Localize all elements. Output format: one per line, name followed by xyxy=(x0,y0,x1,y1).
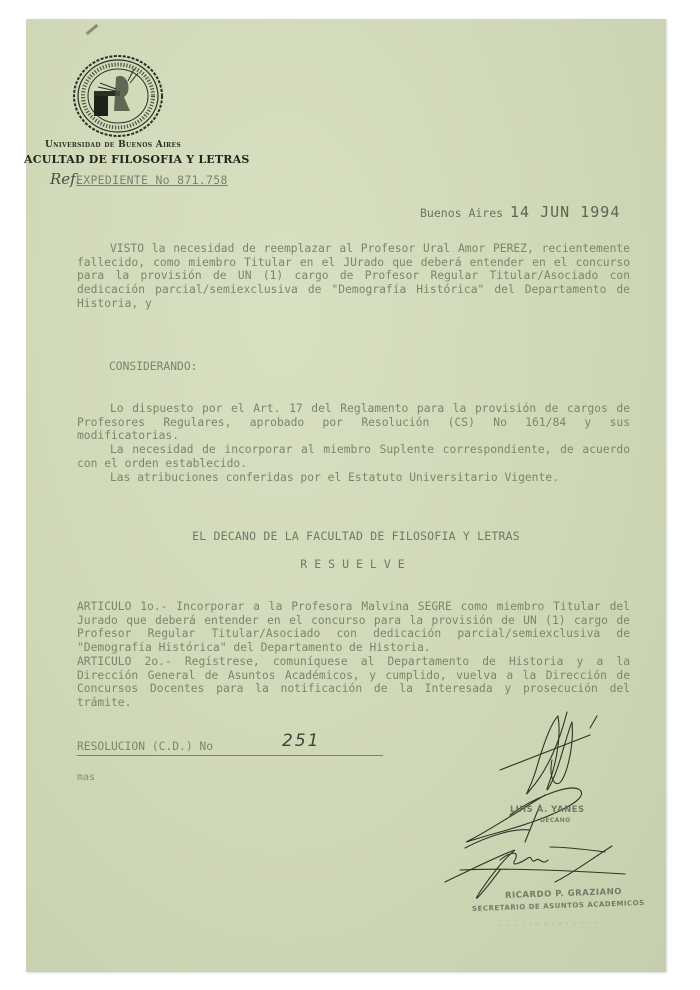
signatory-1-title: DECANO xyxy=(540,817,571,824)
visto-text: VISTO la necesidad de reemplazar al Prof… xyxy=(77,242,630,311)
signatory-1-name: LUIS A. YANES xyxy=(510,805,585,815)
date-stamp: 14 JUN 1994 xyxy=(510,203,620,221)
date-line: Buenos Aires 14 JUN 1994 xyxy=(420,203,620,221)
considerando-block: Lo dispuesto por el Art. 17 del Reglamen… xyxy=(77,402,630,484)
resolucion-label: RESOLUCION (C.D.) No xyxy=(77,740,213,753)
date-city: Buenos Aires xyxy=(420,206,503,220)
visto-paragraph: VISTO la necesidad de reemplazar al Prof… xyxy=(77,242,630,311)
articulos-block: ARTICULO 1o.- Incorporar a la Profesora … xyxy=(77,600,630,710)
considerando-heading: CONSIDERANDO: xyxy=(109,360,197,373)
considerando-paragraph: Lo dispuesto por el Art. 17 del Reglamen… xyxy=(77,402,630,443)
faculty-name: ACULTAD DE FILOSOFIA Y LETRAS xyxy=(24,153,249,166)
resolucion-number: 251 xyxy=(282,731,320,751)
resolucion-line: RESOLUCION (C.D.) No 251 xyxy=(77,740,383,756)
articulo-2: ARTICULO 2o.- Regístrese, comuníquese al… xyxy=(77,655,630,710)
university-seal-icon xyxy=(70,53,166,139)
university-name: Universidad de Buenos Aires xyxy=(45,140,181,150)
considerando-paragraph: Las atribuciones conferidas por el Estat… xyxy=(77,471,630,485)
considerando-paragraph: La necesidad de incorporar al miembro Su… xyxy=(77,443,630,470)
decano-heading: EL DECANO DE LA FACULTAD DE FILOSOFIA Y … xyxy=(0,529,700,543)
articulo-1: ARTICULO 1o.- Incorporar a la Profesora … xyxy=(77,600,630,655)
resuelve-heading: RESUELVE xyxy=(0,557,700,571)
expediente-number: EXPEDIENTE No 871.758 xyxy=(76,173,228,187)
typist-initials: mas xyxy=(77,772,95,783)
